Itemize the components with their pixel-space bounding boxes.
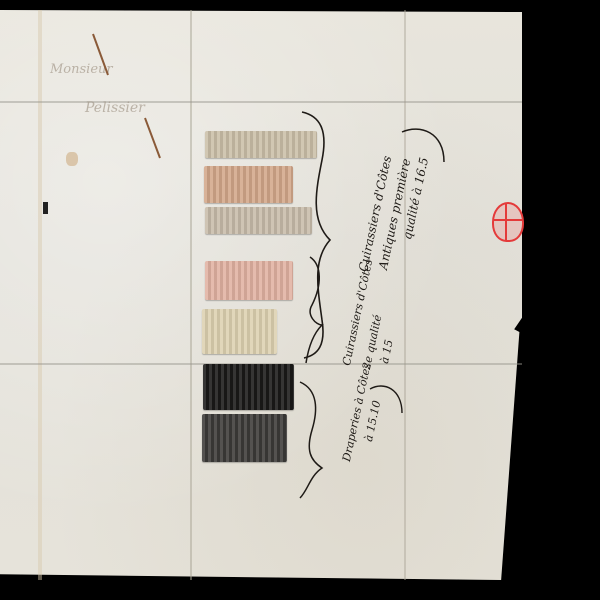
fold-line-vertical [190,10,192,580]
fabric-swatch-tan [204,166,293,203]
brace-icon [298,380,328,500]
fabric-swatch-black [203,364,294,410]
fold-line-vertical [404,10,406,580]
fabric-swatch-pink [205,261,293,300]
fabric-swatch-dark-grey [202,414,287,462]
brace-icon [302,255,332,365]
fold-line-horizontal [0,101,522,103]
fabric-swatch-grey-beige [205,207,312,234]
fabric-swatch-cream [202,309,277,354]
ink-mark [43,202,48,214]
paper-margin-stain [38,10,42,580]
ink-stroke-brown [90,30,170,130]
postal-stamp-icon [492,202,524,242]
paper-stain [66,152,78,166]
